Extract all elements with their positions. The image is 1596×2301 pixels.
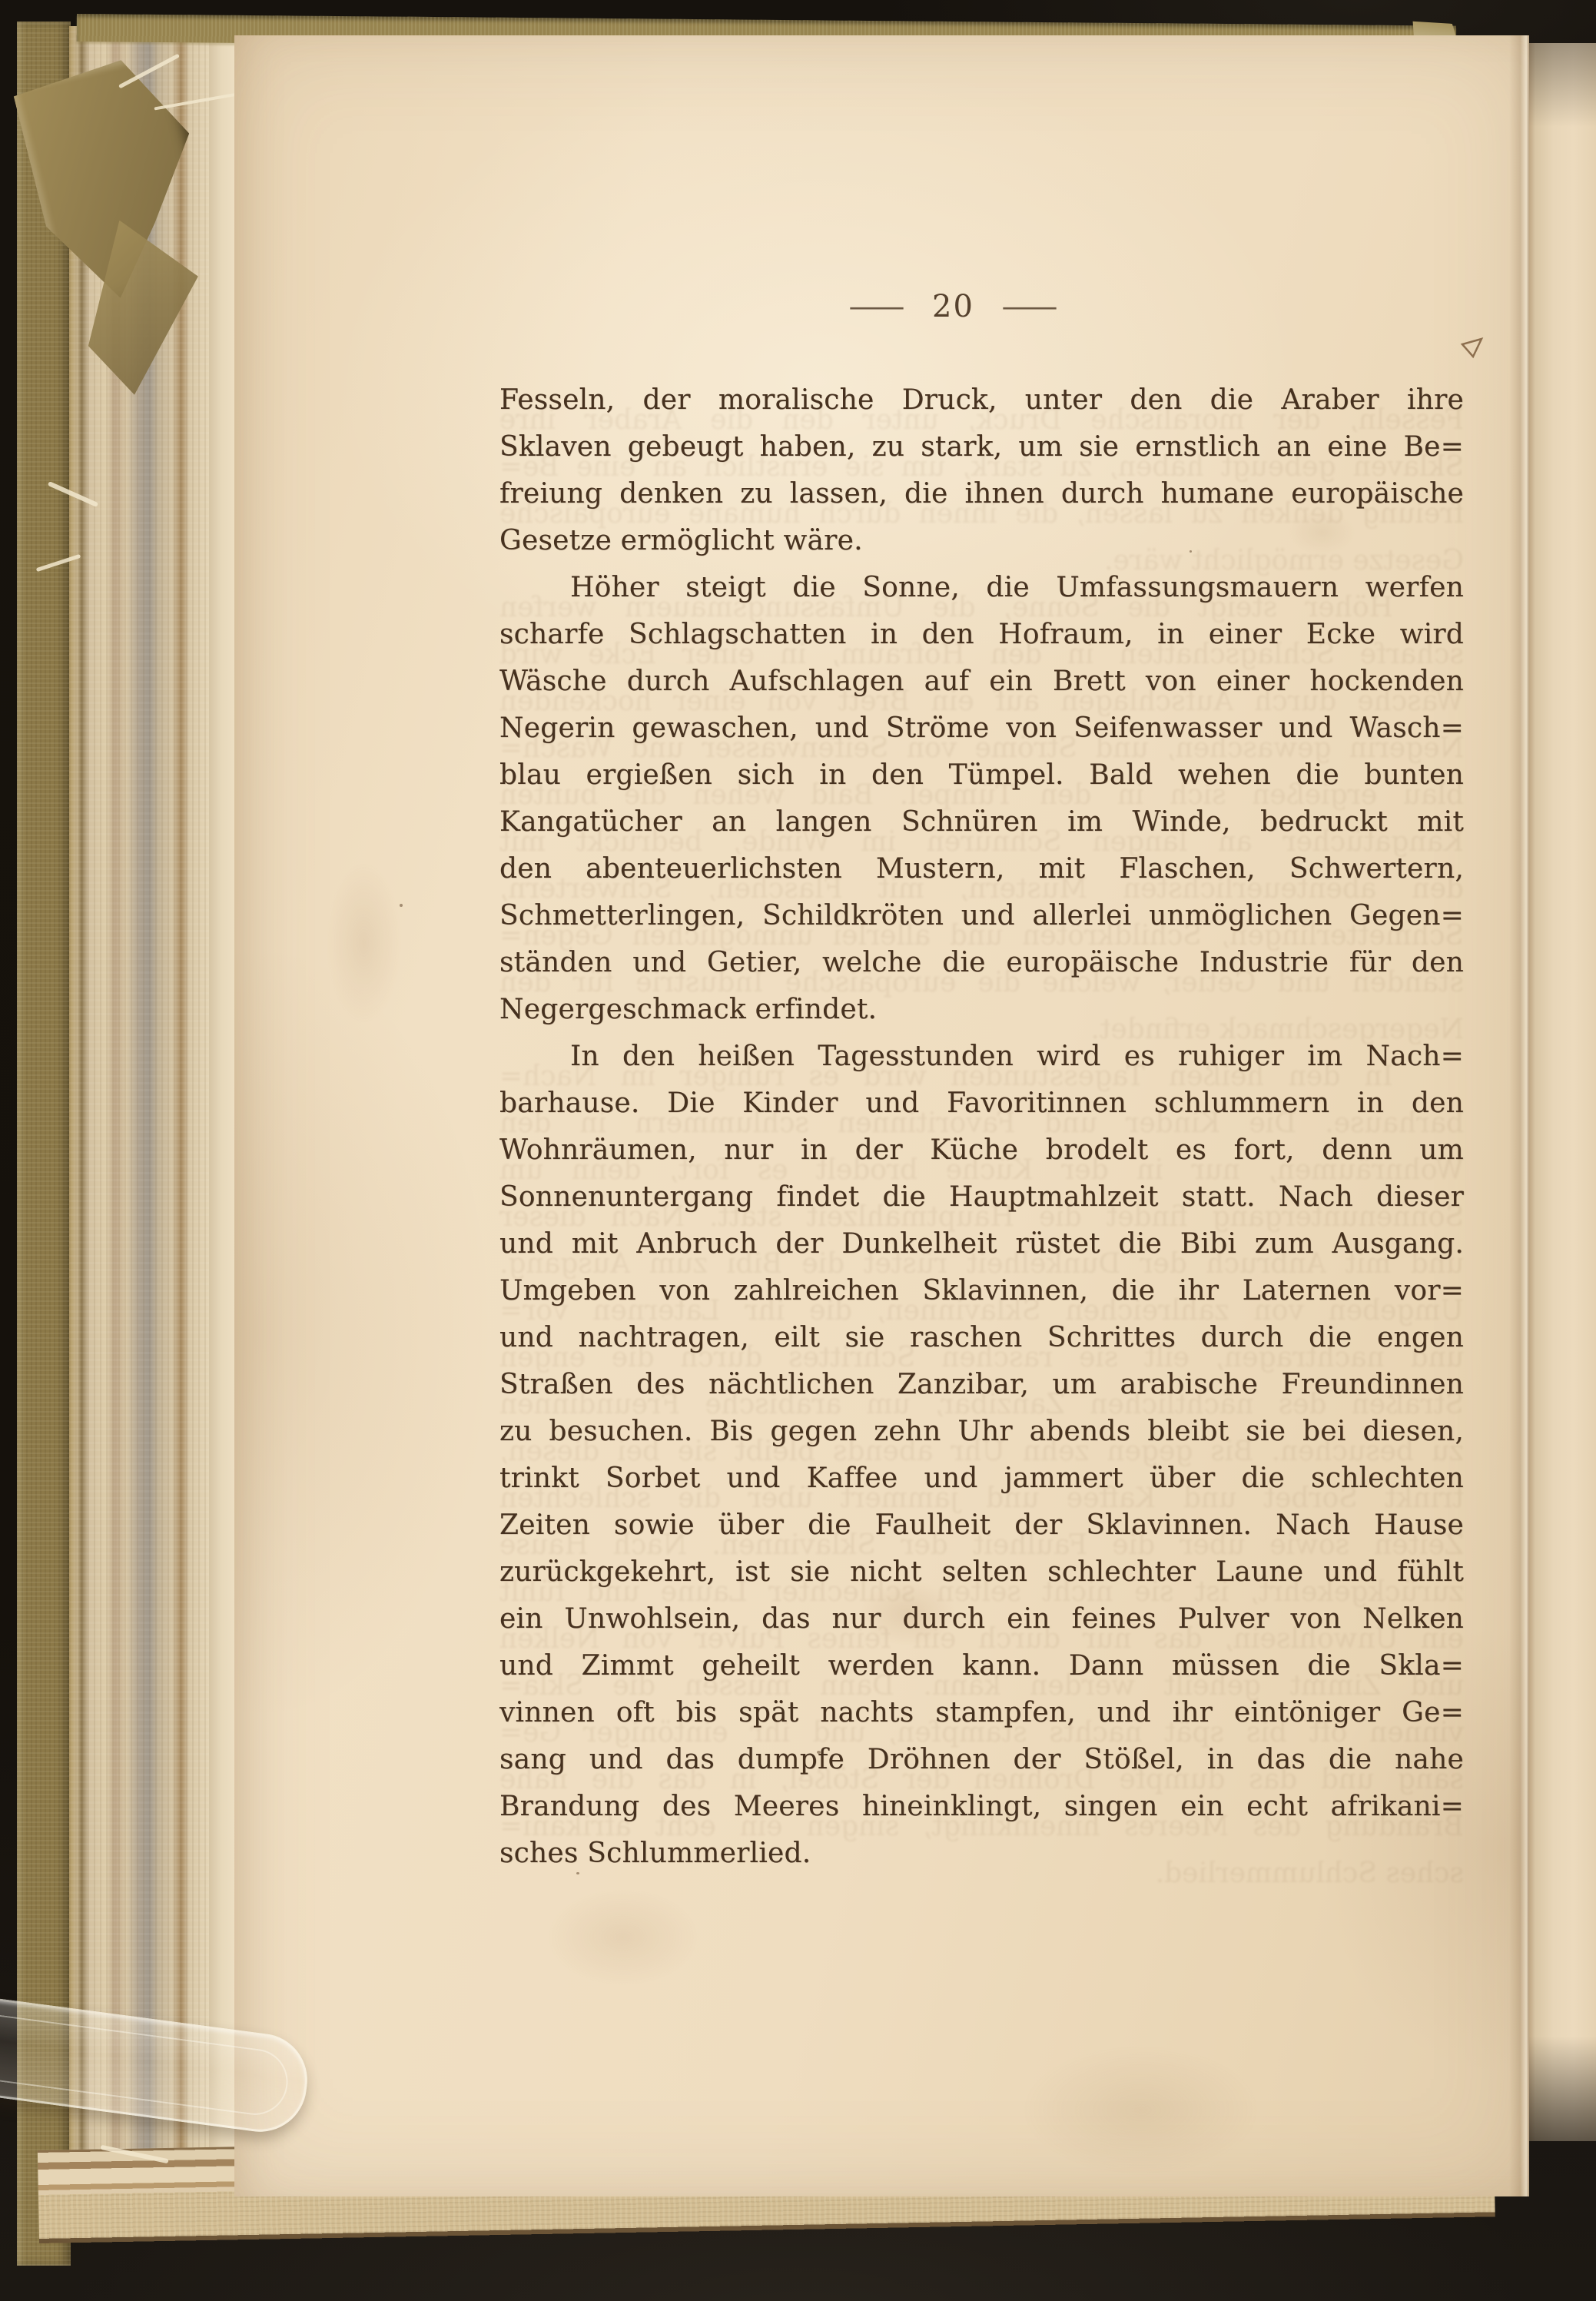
header-dash-left: — <box>848 289 906 324</box>
text-line: ein Unwohlsein, das nur durch ein feines… <box>499 1595 1464 1642</box>
underlying-page <box>1528 43 1596 2141</box>
text-line: Höher steigt die Sonne, die Umfassungsma… <box>499 564 1464 611</box>
text-line: Straßen des nächtlichen Zanzibar, um ara… <box>499 1361 1464 1408</box>
ink-speck <box>576 1872 579 1874</box>
triangle-ink-mark <box>1460 336 1486 360</box>
header-dash-right: — <box>1000 289 1059 324</box>
text-line: Gesetze ermöglicht wäre. <box>499 517 1464 564</box>
ink-speck <box>400 904 403 907</box>
text-line: Sonnenuntergang findet die Hauptmahlzeit… <box>499 1174 1464 1220</box>
text-line: freiung denken zu lassen, die ihnen durc… <box>499 470 1464 517</box>
text-line: Umgeben von zahlreichen Sklavinnen, die … <box>499 1267 1464 1314</box>
page-number: — 20 — <box>471 289 1435 324</box>
text-line: und mit Anbruch der Dunkelheit rüstet di… <box>499 1220 1464 1267</box>
text-block: Fesseln, der moralische Druck, unter den… <box>499 377 1464 1877</box>
text-line: und Zimmt geheilt werden kann. Dann müss… <box>499 1642 1464 1689</box>
text-line: Schmetterlingen, Schildkröten und allerl… <box>499 892 1464 939</box>
text-line: barhause. Die Kinder und Favoritinnen sc… <box>499 1080 1464 1127</box>
text-line: In den heißen Tagesstunden wird es ruhig… <box>499 1033 1464 1080</box>
text-line: zurückgekehrt, ist sie nicht selten schl… <box>499 1549 1464 1595</box>
page-number-value: 20 <box>932 289 974 324</box>
cloth-weave-texture <box>17 22 71 2266</box>
book-photograph: Fesseln, der moralische Druck, unter den… <box>0 0 1596 2301</box>
text-line: sang und das dumpfe Dröhnen der Stößel, … <box>499 1736 1464 1783</box>
text-line: trinkt Sorbet und Kaffee und jammert übe… <box>499 1455 1464 1502</box>
text-line: blau ergießen sich in den Tümpel. Bald w… <box>499 752 1464 799</box>
text-line: Negergeschmack erfindet. <box>499 986 1464 1033</box>
book-page: Fesseln, der moralische Druck, unter den… <box>234 35 1529 2196</box>
text-line: Negerin gewaschen, und Ströme von Seifen… <box>499 705 1464 752</box>
text-line: Wohnräumen, nur in der Küche brodelt es … <box>499 1127 1464 1174</box>
text-line: vinnen oft bis spät nachts stampfen, und… <box>499 1689 1464 1736</box>
text-line: den abenteuerlichsten Mustern, mit Flasc… <box>499 845 1464 892</box>
ink-speck <box>817 1751 821 1754</box>
text-line: scharfe Schlagschatten in den Hofraum, i… <box>499 611 1464 658</box>
text-line: ständen und Getier, welche die europäisc… <box>499 939 1464 986</box>
book-cover-edge <box>17 22 71 2266</box>
text-line: zu besuchen. Bis gegen zehn Uhr abends b… <box>499 1408 1464 1455</box>
text-line: Wäsche durch Aufschlagen auf ein Brett v… <box>499 658 1464 705</box>
text-line: sches Schlummerlied. <box>499 1830 1464 1877</box>
text-line: und nachtragen, eilt sie raschen Schritt… <box>499 1314 1464 1361</box>
text-line: Sklaven gebeugt haben, zu stark, um sie … <box>499 423 1464 470</box>
text-line: Kangatücher an langen Schnüren im Winde,… <box>499 799 1464 845</box>
ink-speck <box>1190 550 1192 553</box>
text-line: Fesseln, der moralische Druck, unter den… <box>499 377 1464 423</box>
text-line: Zeiten sowie über die Faulheit der Sklav… <box>499 1502 1464 1549</box>
text-line: Brandung des Meeres hineinklingt, singen… <box>499 1783 1464 1830</box>
